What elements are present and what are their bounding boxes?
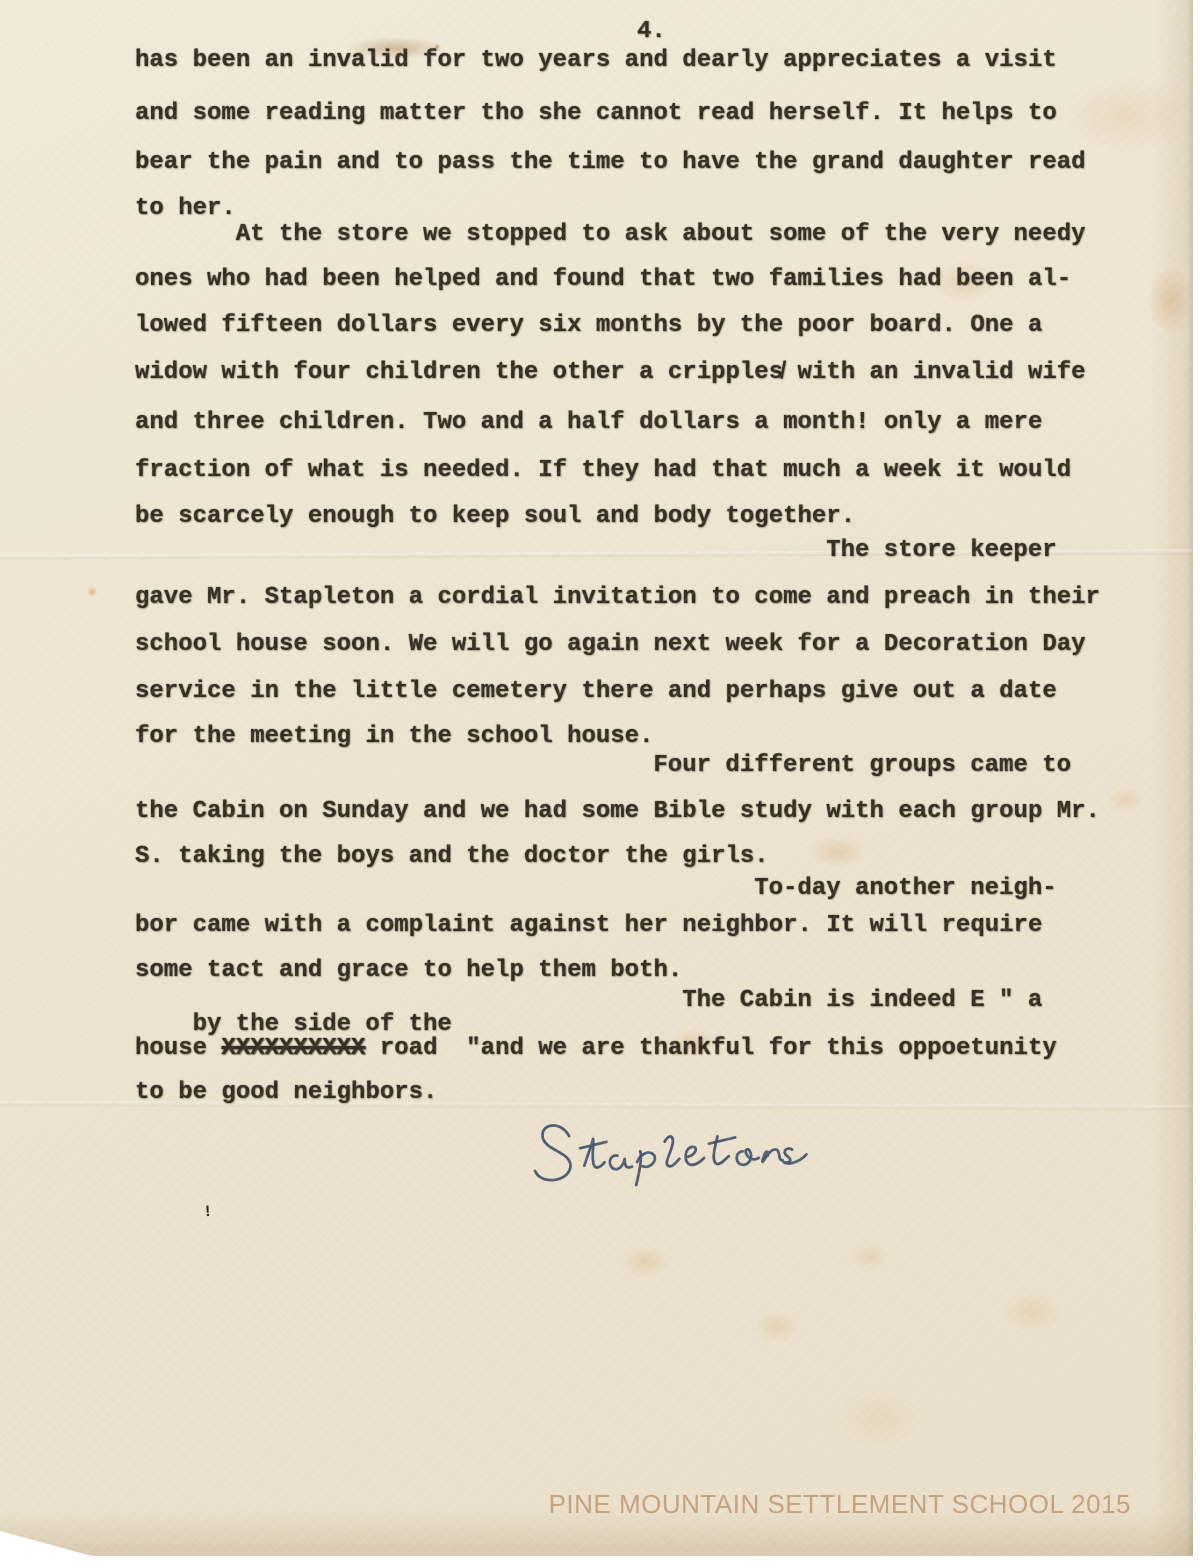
archive-watermark: PINE MOUNTAIN SETTLEMENT SCHOOL 2015	[549, 1489, 1131, 1520]
typed-line: bear the pain and to pass the time to ha…	[135, 150, 1086, 176]
handwritten-signature	[507, 1105, 810, 1200]
typed-line: At the store we stopped to ask about som…	[236, 222, 1086, 248]
typed-line: some tact and grace to help them both.	[135, 958, 682, 984]
typed-line: the Cabin on Sunday and we had some Bibl…	[135, 799, 1100, 825]
typed-line: lowed fifteen dollars every six months b…	[135, 313, 1042, 339]
page-number: 4.	[637, 18, 666, 45]
typed-line: be scarcely enough to keep soul and body…	[135, 504, 855, 530]
typed-line: to be good neighbors.	[135, 1080, 437, 1106]
typed-line: has been an invalid for two years and de…	[135, 48, 1057, 74]
typed-line: bor came with a complaint against her ne…	[135, 913, 1042, 939]
typed-line: S. taking the boys and the doctor the gi…	[135, 844, 769, 870]
typed-line: gave Mr. Stapleton a cordial invitation …	[135, 585, 1100, 611]
typed-line: and three children. Two and a half dolla…	[135, 410, 1042, 436]
struck-out-text: XXXXXXXXXX	[221, 1035, 365, 1062]
typed-line: house XXXXXXXXXX road "and we are thankf…	[135, 1036, 1057, 1062]
typed-line: widow with four children the other a cri…	[135, 360, 1086, 386]
typed-line: Four different groups came to	[653, 753, 1071, 779]
typed-line: The store keeper	[826, 538, 1056, 564]
signature-text: Stapletons	[0, 0, 1, 1]
scanned-letter-page: 4. has been an invalid for two years and…	[0, 0, 1200, 1567]
typed-line: and some reading matter tho she cannot r…	[135, 101, 1057, 127]
typed-line: for the meeting in the school house.	[135, 724, 653, 750]
typed-line: The Cabin is indeed E " a	[682, 988, 1042, 1014]
typed-line: To-day another neigh-	[754, 876, 1056, 902]
paper-sheet: 4. has been an invalid for two years and…	[0, 0, 1193, 1556]
typed-line: school house soon. We will go again next…	[135, 632, 1086, 658]
typed-line: ones who had been helped and found that …	[135, 267, 1071, 293]
typed-line: service in the little cemetery there and…	[135, 679, 1057, 705]
typed-line: to her.	[135, 196, 236, 222]
typed-line: fraction of what is needed. If they had …	[135, 458, 1071, 484]
stray-ink-mark: !	[202, 1203, 213, 1222]
